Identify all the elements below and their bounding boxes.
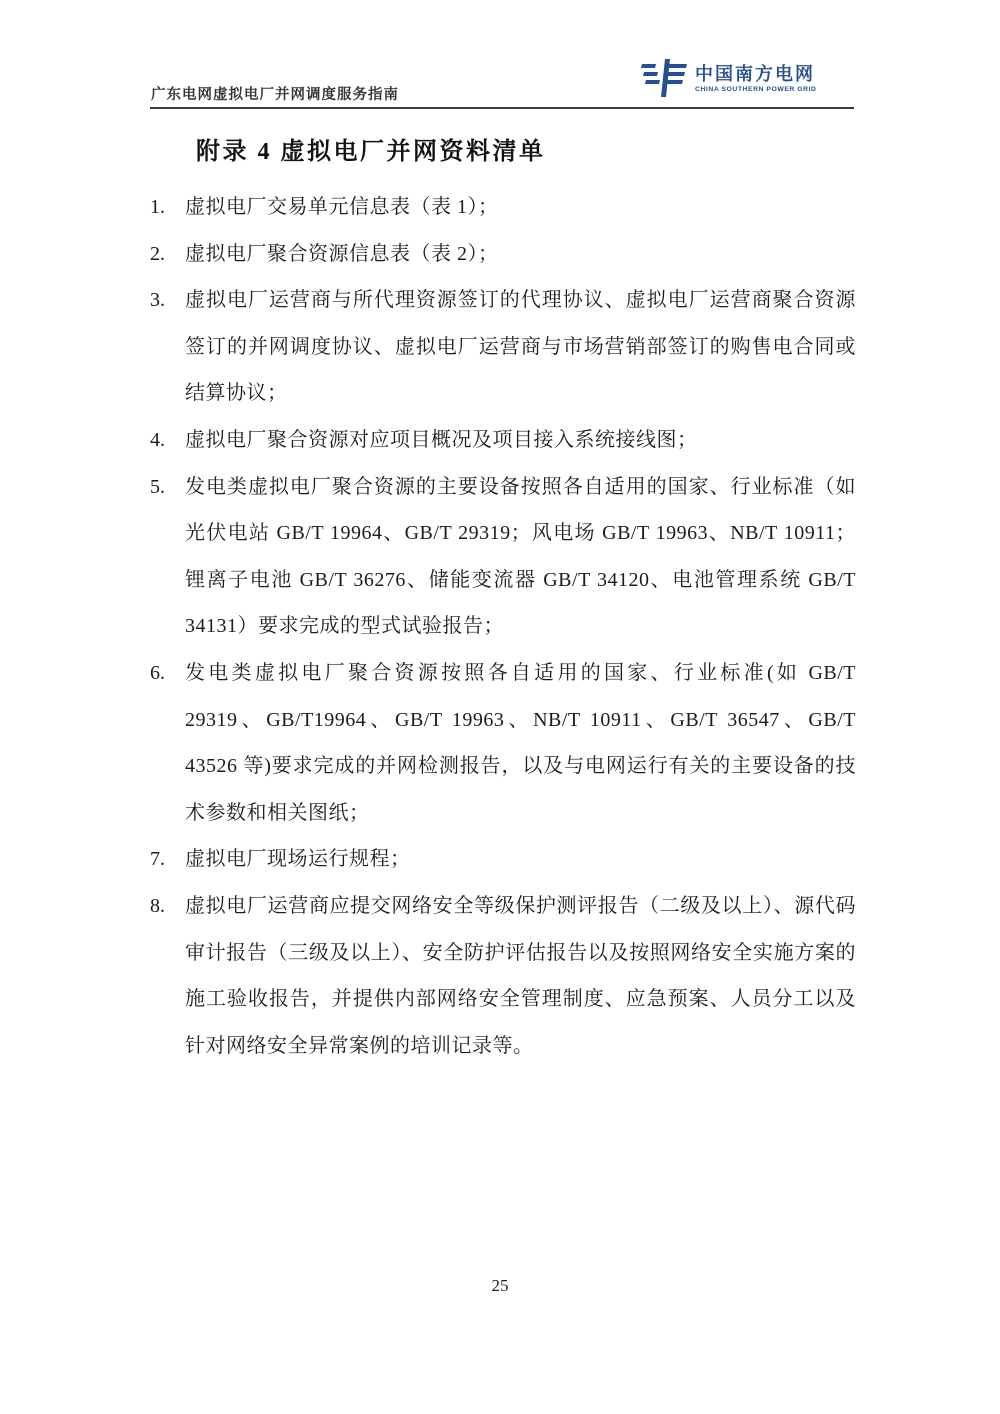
item-number: 2. (150, 231, 185, 278)
csg-logo-icon (639, 57, 689, 99)
header-doc-title: 广东电网虚拟电厂并网调度服务指南 (151, 83, 399, 104)
list-item: 7. 虚拟电厂现场运行规程； (150, 836, 856, 883)
item-text: 虚拟电厂运营商应提交网络安全等级保护测评报告（二级及以上）、源代码审计报告（三级… (185, 883, 856, 1069)
item-number: 4. (150, 417, 185, 464)
item-text: 虚拟电厂运营商与所代理资源签订的代理协议、虚拟电厂运营商聚合资源签订的并网调度协… (185, 277, 856, 417)
item-number: 3. (150, 277, 185, 324)
item-text: 发电类虚拟电厂聚合资源按照各自适用的国家、行业标准(如 GB/T 29319、G… (185, 650, 856, 836)
list-item: 2. 虚拟电厂聚合资源信息表（表 2）； (150, 231, 856, 278)
csg-logo: 中国南方电网 CHINA SOUTHERN POWER GRID (639, 57, 817, 99)
csg-logo-name-cn: 中国南方电网 (695, 64, 817, 84)
list-item: 8. 虚拟电厂运营商应提交网络安全等级保护测评报告（二级及以上）、源代码审计报告… (150, 883, 856, 1069)
item-number: 7. (150, 836, 185, 883)
item-number: 1. (150, 184, 185, 231)
list-item: 4. 虚拟电厂聚合资源对应项目概况及项目接入系统接线图； (150, 417, 856, 464)
item-number: 8. (150, 883, 185, 930)
item-text: 发电类虚拟电厂聚合资源的主要设备按照各自适用的国家、行业标准（如光伏电站 GB/… (185, 464, 856, 650)
item-text: 虚拟电厂聚合资源对应项目概况及项目接入系统接线图； (185, 417, 856, 464)
appendix-title: 附录 4 虚拟电厂并网资料清单 (196, 131, 546, 166)
csg-logo-text: 中国南方电网 CHINA SOUTHERN POWER GRID (695, 64, 817, 93)
materials-list: 1. 虚拟电厂交易单元信息表（表 1）； 2. 虚拟电厂聚合资源信息表（表 2）… (150, 184, 856, 1069)
item-text: 虚拟电厂交易单元信息表（表 1）； (185, 184, 856, 231)
csg-logo-name-en: CHINA SOUTHERN POWER GRID (695, 86, 817, 93)
list-item: 5. 发电类虚拟电厂聚合资源的主要设备按照各自适用的国家、行业标准（如光伏电站 … (150, 464, 856, 650)
list-item: 1. 虚拟电厂交易单元信息表（表 1）； (150, 184, 856, 231)
list-item: 3. 虚拟电厂运营商与所代理资源签订的代理协议、虚拟电厂运营商聚合资源签订的并网… (150, 277, 856, 417)
item-text: 虚拟电厂聚合资源信息表（表 2）； (185, 231, 856, 278)
list-item: 6. 发电类虚拟电厂聚合资源按照各自适用的国家、行业标准(如 GB/T 2931… (150, 650, 856, 836)
item-number: 6. (150, 650, 185, 697)
header-divider (150, 107, 854, 109)
document-page: 广东电网虚拟电厂并网调度服务指南 中国南方电网 CHINA SOUTHERN P… (0, 0, 1000, 1414)
item-number: 5. (150, 464, 185, 511)
page-number: 25 (0, 1276, 1000, 1296)
item-text: 虚拟电厂现场运行规程； (185, 836, 856, 883)
